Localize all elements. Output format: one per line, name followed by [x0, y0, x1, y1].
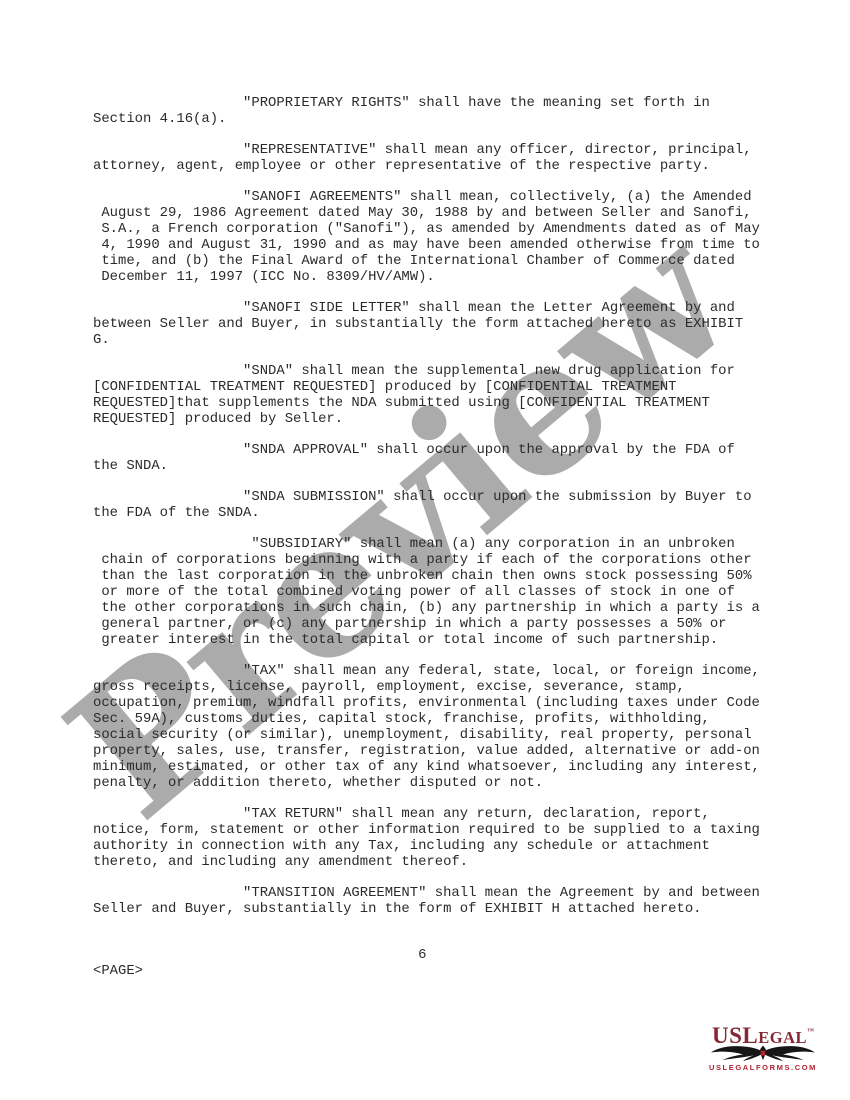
- page-tag: <PAGE>: [93, 963, 783, 979]
- paragraph-snda: "SNDA" shall mean the supplemental new d…: [93, 363, 783, 427]
- paragraph-tax: "TAX" shall mean any federal, state, loc…: [93, 663, 783, 791]
- paragraph-tax-return: "TAX RETURN" shall mean any return, decl…: [93, 806, 783, 870]
- document-body: "PROPRIETARY RIGHTS" shall have the mean…: [93, 95, 783, 979]
- wordmark-large-letters: USL: [712, 1023, 758, 1048]
- uslegal-wordmark: USLEGAL™: [706, 1024, 820, 1047]
- eagle-icon: [711, 1044, 815, 1063]
- uslegal-logo: USLEGAL™ USLEGALFORMS.COM: [706, 1024, 820, 1072]
- website-label: USLEGALFORMS.COM: [706, 1064, 820, 1072]
- paragraph-proprietary-rights: "PROPRIETARY RIGHTS" shall have the mean…: [93, 95, 783, 127]
- paragraph-transition-agreement: "TRANSITION AGREEMENT" shall mean the Ag…: [93, 885, 783, 917]
- paragraph-subsidiary: "SUBSIDIARY" shall mean (a) any corporat…: [93, 536, 783, 648]
- page-number: 6: [93, 947, 783, 963]
- paragraph-sanofi-side-letter: "SANOFI SIDE LETTER" shall mean the Lett…: [93, 300, 783, 348]
- paragraph-representative: "REPRESENTATIVE" shall mean any officer,…: [93, 142, 783, 174]
- document-page: Preview "PROPRIETARY RIGHTS" shall have …: [0, 0, 850, 1100]
- paragraph-snda-submission: "SNDA SUBMISSION" shall occur upon the s…: [93, 489, 783, 521]
- paragraph-snda-approval: "SNDA APPROVAL" shall occur upon the app…: [93, 442, 783, 474]
- trademark-symbol: ™: [807, 1027, 814, 1035]
- wordmark-small-letters: EGAL: [758, 1028, 807, 1047]
- paragraph-sanofi-agreements: "SANOFI AGREEMENTS" shall mean, collecti…: [93, 189, 783, 285]
